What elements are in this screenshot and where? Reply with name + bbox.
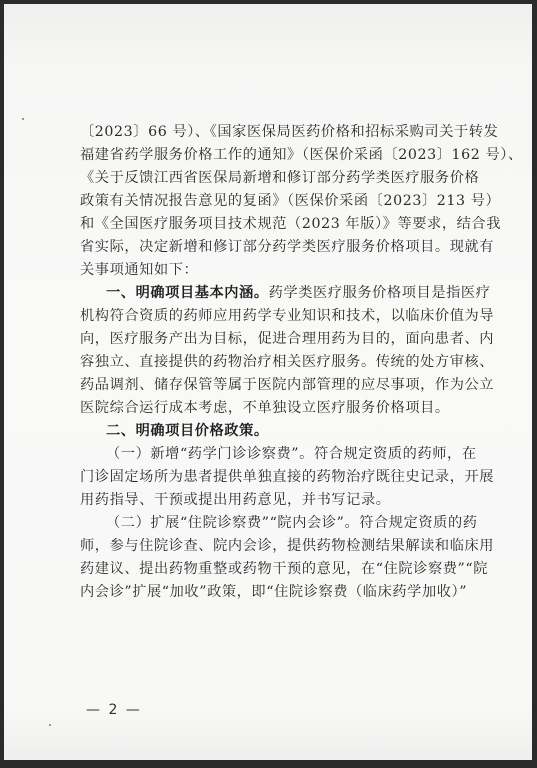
section-1-heading: 一、明确项目基本内涵。 <box>106 285 269 301</box>
text-line: 向，医疗服务产出为目标，促进合理用药为目的，面向患者、内 <box>80 329 480 349</box>
page-number: — 2 — <box>86 702 142 718</box>
text-line: 机构符合资质的药师应用药学专业知识和技术，以临床价值为导 <box>80 306 480 326</box>
text-line: 医院综合运行成本考虑，不单独设立医疗服务价格项目。 <box>80 398 480 418</box>
text-line: 关事项通知如下： <box>80 260 480 280</box>
scan-speck <box>49 724 51 726</box>
text-line: 政策有关情况报告意见的复函》（医保价采函〔2023〕213 号） <box>80 191 480 211</box>
text-line: （二）扩展“住院诊察费”“院内会诊”。符合规定资质的药 <box>106 513 506 533</box>
text-line: 〔2023〕66 号）、《国家医保局医药价格和招标采购司关于转发 <box>80 122 480 142</box>
text-line: 内会诊”扩展“加收”政策，即“住院诊察费（临床药学加收）” <box>80 582 480 602</box>
text-line: 用药指导、干预或提出用药意见，并书写记录。 <box>80 490 480 510</box>
text-line: （一）新增“药学门诊诊察费”。符合规定资质的药师，在 <box>106 444 506 464</box>
text-line: 药品调剂、储存保管等属于医院内部管理的应尽事项，作为公立 <box>80 375 480 395</box>
text-line: 和《全国医疗服务项目技术规范（2023 年版）》等要求，结合我 <box>80 214 480 234</box>
document-page: 〔2023〕66 号）、《国家医保局医药价格和招标采购司关于转发 福建省药学服务… <box>4 4 532 760</box>
text-line: 福建省药学服务价格工作的通知》（医保价采函〔2023〕162 号）、 <box>80 145 480 165</box>
text-line: 门诊固定场所为患者提供单独直接的药物治疗既往史记录，开展 <box>80 467 480 487</box>
text-line: 容独立、直接提供的药物治疗相关医疗服务。传统的处方审核、 <box>80 352 480 372</box>
text-line: 省实际，决定新增和修订部分药学类医疗服务价格项目。现就有 <box>80 237 480 257</box>
text-line: 《关于反馈江西省医保局新增和修订部分药学类医疗服务价格 <box>80 168 480 188</box>
section-1-first-line: 一、明确项目基本内涵。药学类医疗服务价格项目是指医疗 <box>106 283 506 303</box>
text-line: 师，参与住院诊查、院内会诊，提供药物检测结果解读和临床用 <box>80 536 480 556</box>
section-1-text: 药学类医疗服务价格项目是指医疗 <box>269 285 491 301</box>
section-2-heading: 二、明确项目价格政策。 <box>106 421 506 441</box>
text-line: 药建议、提出药物重整或药物干预的意见，在“住院诊察费”“院 <box>80 559 480 579</box>
scan-speck <box>22 118 24 120</box>
